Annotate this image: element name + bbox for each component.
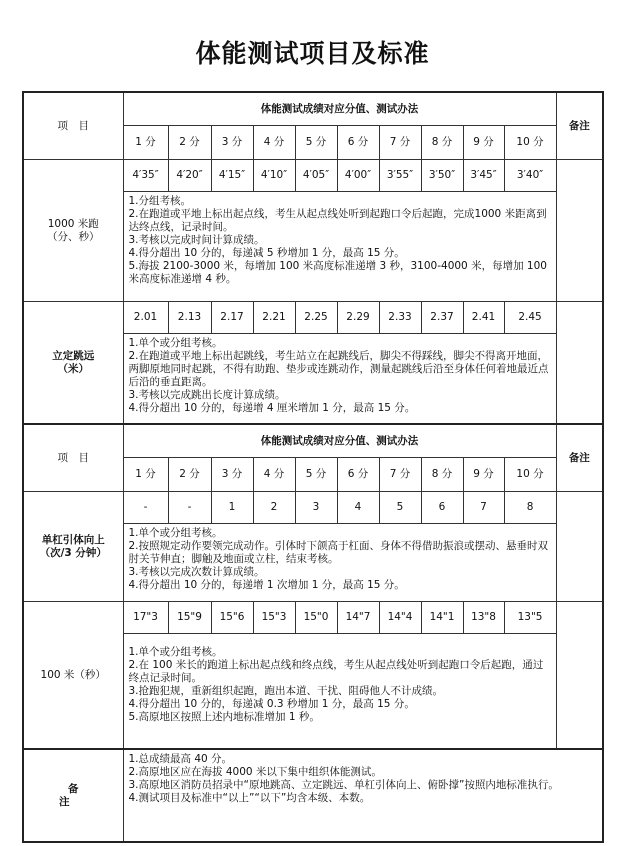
score-header: 3 分 <box>211 126 253 160</box>
item-header: 项 目 <box>23 424 123 492</box>
value-cell: 4′35″ <box>123 160 168 192</box>
remark-header: 备注 <box>556 92 603 160</box>
table-row-remarks: 备 注 1.总成绩最高 40 分。 2.高原地区应在海拔 4000 米以下集中组… <box>23 749 603 842</box>
score-header: 1 分 <box>123 126 168 160</box>
value-cell: 2.37 <box>421 302 463 334</box>
value-cell: 2.45 <box>504 302 556 334</box>
value-cell: 13"5 <box>504 602 556 634</box>
value-cell: 2.41 <box>463 302 504 334</box>
value-cell: 4′05″ <box>295 160 337 192</box>
value-cell: 8 <box>504 492 556 524</box>
value-cell: - <box>168 492 211 524</box>
value-cell: 17"3 <box>123 602 168 634</box>
score-header: 6 分 <box>337 458 379 492</box>
value-cell: - <box>123 492 168 524</box>
value-cell: 3′40″ <box>504 160 556 192</box>
value-cell: 14"7 <box>337 602 379 634</box>
value-cell: 4 <box>337 492 379 524</box>
score-header: 8 分 <box>421 126 463 160</box>
remark-cell <box>556 302 603 425</box>
item-header: 项 目 <box>23 92 123 160</box>
score-header: 3 分 <box>211 458 253 492</box>
value-cell: 4′15″ <box>211 160 253 192</box>
value-cell: 15"3 <box>253 602 295 634</box>
value-cell: 14"1 <box>421 602 463 634</box>
score-header: 5 分 <box>295 126 337 160</box>
fitness-standards-table: 项 目 体能测试成绩对应分值、测试办法 备注 1 分 2 分 3 分 4 分 5… <box>22 91 604 843</box>
value-cell: 2.29 <box>337 302 379 334</box>
score-header: 7 分 <box>379 458 421 492</box>
value-cell: 15"6 <box>211 602 253 634</box>
value-cell: 1 <box>211 492 253 524</box>
score-header: 7 分 <box>379 126 421 160</box>
item-name-100m: 100 米（秒） <box>23 602 123 750</box>
value-cell: 13"8 <box>463 602 504 634</box>
score-header: 9 分 <box>463 458 504 492</box>
value-cell: 3′45″ <box>463 160 504 192</box>
section-header: 体能测试成绩对应分值、测试办法 <box>123 424 556 458</box>
remarks-label: 备 注 <box>23 749 123 842</box>
score-header: 10 分 <box>504 458 556 492</box>
header-row-1: 项 目 体能测试成绩对应分值、测试办法 备注 <box>23 92 603 126</box>
table-row-1000m-values: 1000 米跑 （分、秒） 4′35″ 4′20″ 4′15″ 4′10″ 4′… <box>23 160 603 192</box>
remark-cell <box>556 602 603 750</box>
value-cell: 2.21 <box>253 302 295 334</box>
remarks-content: 1.总成绩最高 40 分。 2.高原地区应在海拔 4000 米以下集中组织体能测… <box>123 749 603 842</box>
method-long-jump: 1.单个或分组考核。 2.在跑道或平地上标出起跳线，考生站立在起跳线后，脚尖不得… <box>123 334 556 425</box>
score-header: 6 分 <box>337 126 379 160</box>
value-cell: 7 <box>463 492 504 524</box>
value-cell: 4′20″ <box>168 160 211 192</box>
score-header: 9 分 <box>463 126 504 160</box>
score-header: 2 分 <box>168 126 211 160</box>
method-1000m: 1.分组考核。 2.在跑道或平地上标出起点线，考生从起点线处听到起跑口令后起跑，… <box>123 192 556 302</box>
header-row-2: 项 目 体能测试成绩对应分值、测试办法 备注 <box>23 424 603 458</box>
value-cell: 5 <box>379 492 421 524</box>
value-cell: 2.13 <box>168 302 211 334</box>
score-header: 8 分 <box>421 458 463 492</box>
table-row-long-jump-values: 立定跳远 （米） 2.01 2.13 2.17 2.21 2.25 2.29 2… <box>23 302 603 334</box>
remark-cell <box>556 160 603 302</box>
value-cell: 6 <box>421 492 463 524</box>
score-header: 4 分 <box>253 458 295 492</box>
value-cell: 2.17 <box>211 302 253 334</box>
score-header: 2 分 <box>168 458 211 492</box>
value-cell: 14"4 <box>379 602 421 634</box>
score-header: 10 分 <box>504 126 556 160</box>
value-cell: 4′10″ <box>253 160 295 192</box>
value-cell: 3 <box>295 492 337 524</box>
table-row-pullup-values: 单杠引体向上 （次/3 分钟） - - 1 2 3 4 5 6 7 8 <box>23 492 603 524</box>
value-cell: 4′00″ <box>337 160 379 192</box>
score-header: 1 分 <box>123 458 168 492</box>
remark-cell <box>556 492 603 602</box>
item-name-pullup: 单杠引体向上 （次/3 分钟） <box>23 492 123 602</box>
value-cell: 2 <box>253 492 295 524</box>
item-name-long-jump: 立定跳远 （米） <box>23 302 123 425</box>
document-title: 体能测试项目及标准 <box>0 34 625 70</box>
score-header: 4 分 <box>253 126 295 160</box>
remark-header: 备注 <box>556 424 603 492</box>
method-pullup: 1.单个或分组考核。 2.按照规定动作要领完成动作。引体时下颌高于杠面、身体不得… <box>123 524 556 602</box>
section-header: 体能测试成绩对应分值、测试办法 <box>123 92 556 126</box>
value-cell: 15"9 <box>168 602 211 634</box>
method-100m: 1.单个或分组考核。 2.在 100 米长的跑道上标出起点线和终点线，考生从起点… <box>123 634 556 750</box>
score-header: 5 分 <box>295 458 337 492</box>
item-name-1000m: 1000 米跑 （分、秒） <box>23 160 123 302</box>
value-cell: 2.25 <box>295 302 337 334</box>
value-cell: 2.33 <box>379 302 421 334</box>
value-cell: 15"0 <box>295 602 337 634</box>
value-cell: 2.01 <box>123 302 168 334</box>
table-row-100m-values: 100 米（秒） 17"3 15"9 15"6 15"3 15"0 14"7 1… <box>23 602 603 634</box>
value-cell: 3′50″ <box>421 160 463 192</box>
value-cell: 3′55″ <box>379 160 421 192</box>
